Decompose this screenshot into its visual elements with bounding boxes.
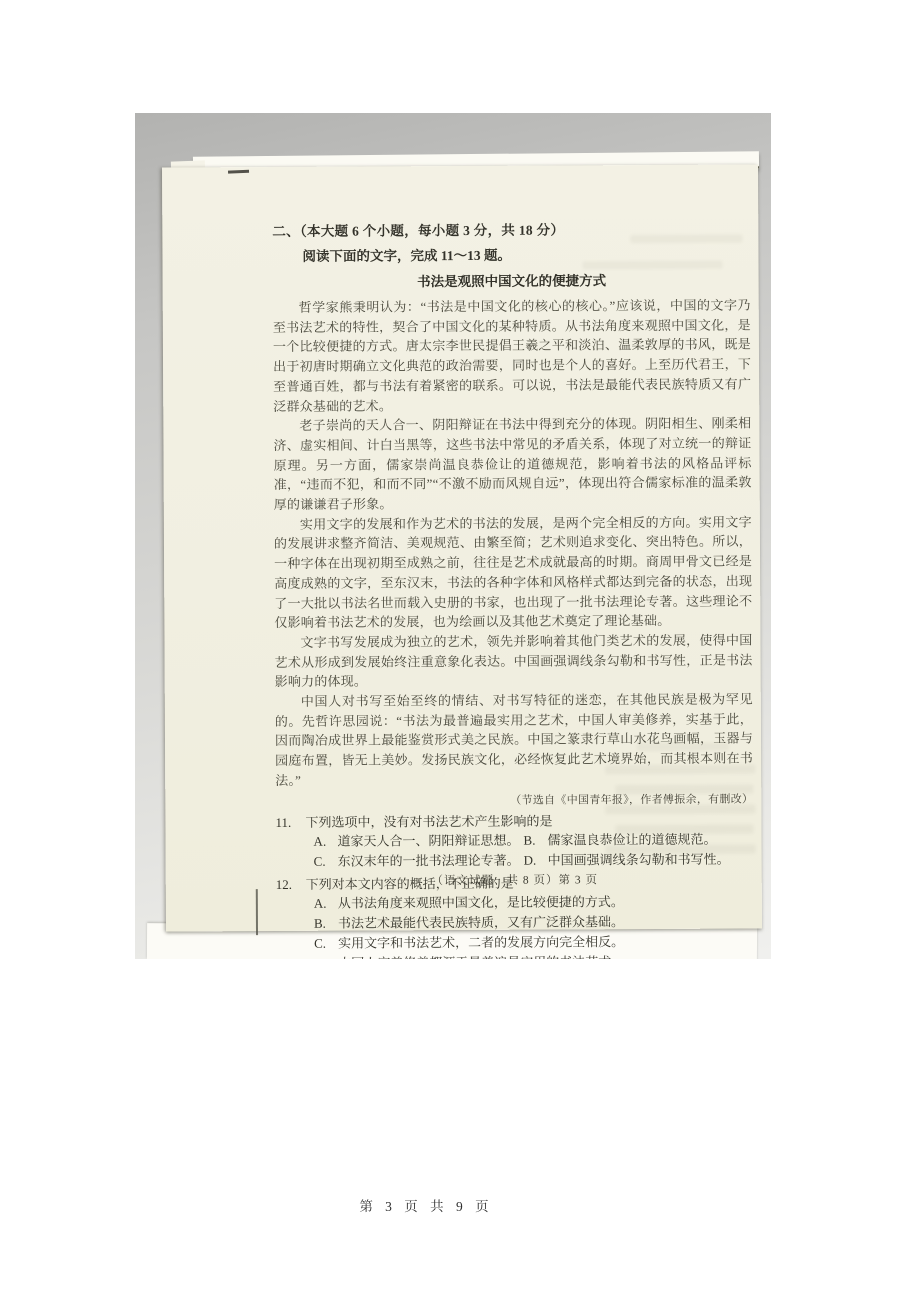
option-label: B.	[523, 831, 547, 851]
option-label: B.	[314, 914, 338, 934]
option-text: 道家天人合一、阴阳辩证思想。	[337, 831, 519, 852]
exam-paper-sheet: 二、（本大题 6 个小题，每小题 3 分，共 18 分） 阅读下面的文字，完成 …	[162, 164, 762, 931]
essay-title: 书法是观照中国文化的便捷方式	[273, 270, 751, 293]
staple-mark	[228, 170, 249, 174]
page-canvas: 二、（本大题 6 个小题，每小题 3 分，共 18 分） 阅读下面的文字，完成 …	[0, 0, 920, 1302]
options-column: A. 从书法角度来观照中国文化，是比较便捷的方式。 B. 书法艺术最能代表民族特…	[276, 892, 754, 959]
essay-paragraph: 文字书写发展成为独立的艺术，领先并影响着其他门类艺术的发展，使得中国艺术从形成到…	[274, 630, 752, 692]
option-item: D. 中国画强调线条勾勒和书写性。	[524, 850, 730, 871]
exam-content: 二、（本大题 6 个小题，每小题 3 分，共 18 分） 阅读下面的文字，完成 …	[272, 219, 754, 959]
option-item: C. 实用文字和书法艺术，二者的发展方向完全相反。	[314, 931, 754, 953]
options-row: C. 东汉末年的一批书法理论专著。 D. 中国画强调线条勾勒和书写性。	[276, 849, 754, 871]
essay-body: 哲学家熊秉明认为：“书法是中国文化的核心的核心。”应该说，中国的文字乃至书法艺术…	[273, 295, 754, 790]
option-item: B. 儒家温良恭俭让的道德规范。	[523, 830, 716, 851]
source-attribution: （节选自《中国青年报》，作者傅振余，有删改）	[275, 791, 753, 810]
option-label: C.	[314, 933, 338, 953]
reading-instruction: 阅读下面的文字，完成 11～13 题。	[272, 244, 750, 267]
section-header: 二、（本大题 6 个小题，每小题 3 分，共 18 分）	[272, 219, 750, 242]
essay-paragraph: 实用文字的发展和作为艺术的书法的发展，是两个完全相反的方向。实用文字的发展讲求整…	[274, 512, 753, 633]
essay-paragraph: 哲学家熊秉明认为：“书法是中国文化的核心的核心。”应该说，中国的文字乃至书法艺术…	[273, 295, 752, 416]
question-stem-row: 11. 下列选项中，没有对书法艺术产生影响的是	[275, 810, 753, 832]
essay-paragraph: 中国人对书写至始至终的情结、对书写特征的迷恋，在其他民族是极为罕见的。先哲许思园…	[275, 690, 754, 791]
page-number-footer: 第 3 页 共 9 页	[135, 1195, 715, 1215]
question-stem: 下列选项中，没有对书法艺术产生影响的是	[305, 811, 552, 832]
option-text: 从书法角度来观照中国文化，是比较便捷的方式。	[338, 893, 624, 914]
option-text: 书法艺术最能代表民族特质，又有广泛群众基础。	[338, 912, 624, 933]
option-label: A.	[313, 832, 337, 852]
essay-paragraph: 老子崇尚的天人合一、阴阳辩证在书法中得到充分的体现。阴阳相生、刚柔相济、虚实相间…	[273, 414, 752, 515]
crease-mark	[256, 889, 258, 935]
paper-page-footer: （语文试题 共 8 页）第 3 页	[276, 870, 754, 889]
option-label: D.	[524, 851, 548, 871]
option-item: A. 从书法角度来观照中国文化，是比较便捷的方式。	[314, 892, 754, 914]
option-label: D.	[314, 953, 338, 959]
option-item: D. 中国人审美修养都源于最普遍最实用的书法艺术。	[314, 951, 754, 959]
option-item: A. 道家天人合一、阴阳辩证思想。	[313, 831, 523, 852]
question-11: 11. 下列选项中，没有对书法艺术产生影响的是 A. 道家天人合一、阴阳辩证思想…	[275, 810, 753, 872]
option-text: 东汉末年的一批书法理论专著。	[338, 851, 520, 872]
options-row: A. 道家天人合一、阴阳辩证思想。 B. 儒家温良恭俭让的道德规范。	[275, 830, 753, 852]
option-item: B. 书法艺术最能代表民族特质，又有广泛群众基础。	[314, 912, 754, 934]
option-item: C. 东汉末年的一批书法理论专著。	[314, 851, 524, 872]
document-page: { "colors": { "page_bg": "#ffffff", "sca…	[0, 0, 920, 1302]
option-text: 中国人审美修养都源于最普遍最实用的书法艺术。	[338, 952, 624, 959]
option-text: 儒家温良恭俭让的道德规范。	[547, 830, 716, 851]
option-text: 实用文字和书法艺术，二者的发展方向完全相反。	[338, 932, 624, 953]
scanned-exam-image: 二、（本大题 6 个小题，每小题 3 分，共 18 分） 阅读下面的文字，完成 …	[135, 113, 771, 959]
question-number: 11.	[275, 812, 305, 832]
option-label: A.	[314, 894, 338, 914]
option-text: 中国画强调线条勾勒和书写性。	[548, 850, 730, 871]
option-label: C.	[314, 852, 338, 872]
